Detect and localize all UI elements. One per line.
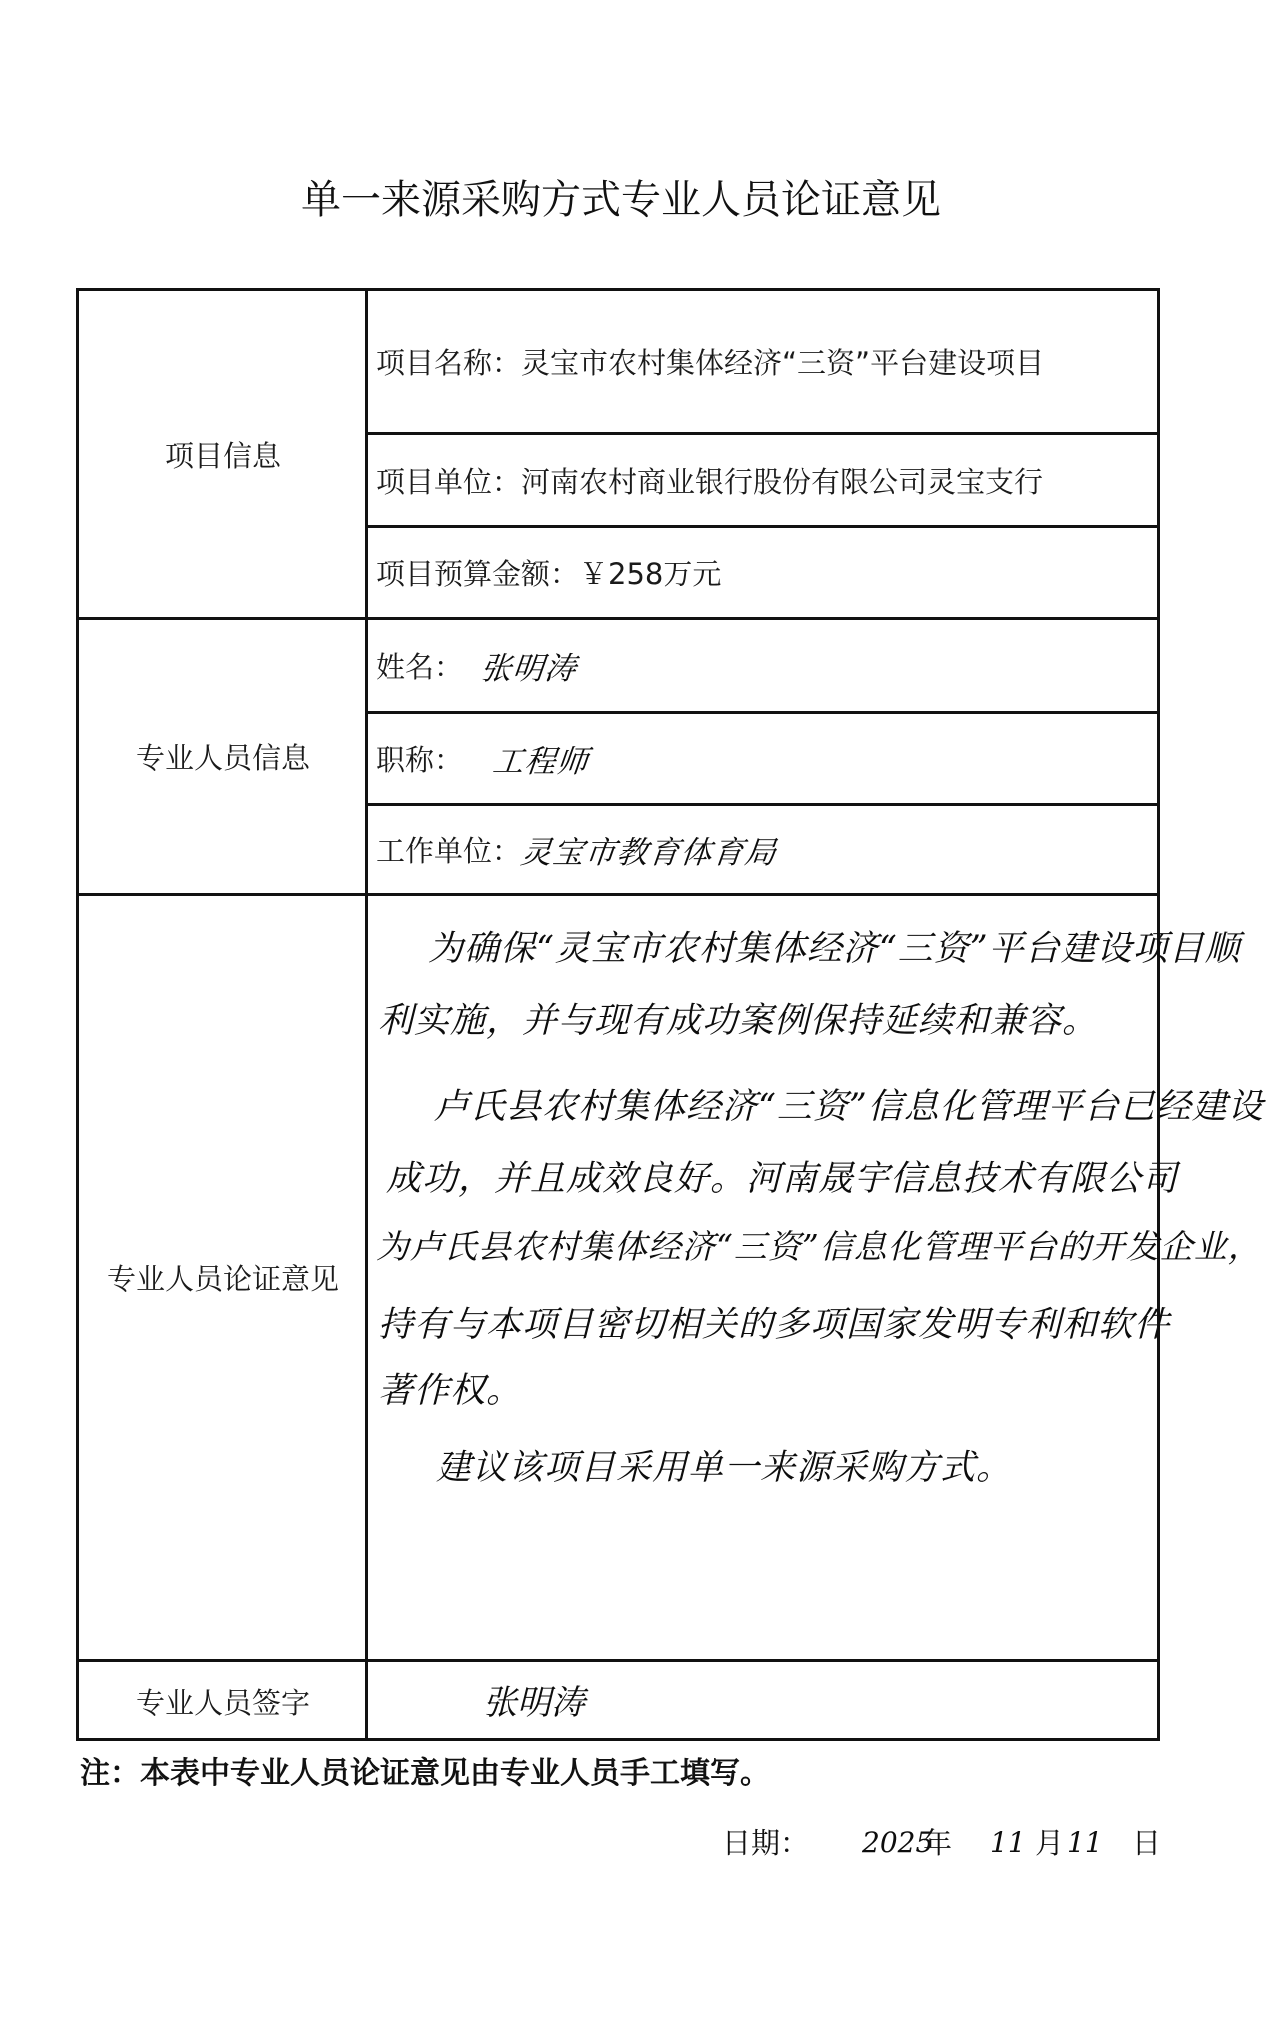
expert-title-handwritten: 工程师 xyxy=(491,736,592,781)
date-month-handwritten: 11 xyxy=(990,1824,1026,1862)
expert-info-label: 专业人员信息 xyxy=(79,620,367,893)
date-label: 日期： xyxy=(722,1824,809,1862)
project-unit-field: 项目单位： 河南农村商业银行股份有限公司灵宝支行 xyxy=(376,435,1149,525)
opinion-line: 为确保“灵宝市农村集体经济“三资”平台建设项目顺 xyxy=(428,921,1241,971)
opinion-line: 著作权。 xyxy=(378,1363,522,1413)
project-unit-label: 项目单位： xyxy=(376,460,521,501)
signature-handwritten: 张明涛 xyxy=(483,1675,585,1724)
date-day-handwritten: 11 xyxy=(1067,1824,1103,1862)
signature-label: 专业人员签字 xyxy=(79,1662,367,1741)
signature-label-text: 专业人员签字 xyxy=(136,1681,310,1722)
project-name-value: 灵宝市农村集体经济“三资”平台建设项目 xyxy=(521,341,1044,382)
expert-employer-handwritten: 灵宝市教育体育局 xyxy=(519,827,780,872)
opinion-label-text: 专业人员论证意见 xyxy=(107,1257,339,1298)
expert-name-field: 姓名： 张明涛 xyxy=(376,620,1149,711)
opinion-label: 专业人员论证意见 xyxy=(79,896,367,1659)
footnote: 注：本表中专业人员论证意见由专业人员手工填写。 xyxy=(80,1756,770,1792)
project-info-label-text: 项目信息 xyxy=(165,434,281,475)
expert-info-label-text: 专业人员信息 xyxy=(136,736,310,777)
opinion-line: 建议该项目采用单一来源采购方式。 xyxy=(436,1440,1012,1490)
project-budget-value: ￥258万元 xyxy=(579,552,721,593)
project-budget-field: 项目预算金额： ￥258万元 xyxy=(376,528,1149,617)
date-year-unit: 年 xyxy=(923,1824,952,1862)
project-info-label: 项目信息 xyxy=(79,291,367,617)
document-title: 单一来源采购方式专业人员论证意见 xyxy=(0,174,1242,226)
opinion-line: 卢氏县农村集体经济“三资”信息化管理平台已经建设 xyxy=(434,1079,1264,1129)
expert-name-label: 姓名： xyxy=(376,645,463,686)
form-table: 项目信息 项目名称： 灵宝市农村集体经济“三资”平台建设项目 项目单位： 河南农… xyxy=(76,288,1160,1741)
opinion-line: 为卢氏县农村集体经济“三资”信息化管理平台的开发企业， xyxy=(376,1221,1262,1268)
project-name-field: 项目名称： 灵宝市农村集体经济“三资”平台建设项目 xyxy=(376,291,1149,432)
project-name-label: 项目名称： xyxy=(376,341,521,382)
date-day-unit: 日 xyxy=(1132,1824,1161,1862)
expert-name-handwritten: 张明涛 xyxy=(479,643,580,688)
expert-employer-label: 工作单位： xyxy=(376,829,521,870)
expert-employer-field: 工作单位： 灵宝市教育体育局 xyxy=(376,806,1149,893)
expert-title-label: 职称： xyxy=(376,738,463,779)
date-month-unit: 月 xyxy=(1035,1824,1064,1862)
project-budget-label: 项目预算金额： xyxy=(376,552,579,593)
opinion-line: 持有与本项目密切相关的多项国家发明专利和软件 xyxy=(378,1297,1170,1347)
opinion-line: 利实施，并与现有成功案例保持延续和兼容。 xyxy=(378,993,1098,1043)
expert-title-field: 职称： 工程师 xyxy=(376,714,1149,803)
project-unit-value: 河南农村商业银行股份有限公司灵宝支行 xyxy=(521,460,1043,501)
opinion-line: 成功，并且成效良好。河南晟宇信息技术有限公司 xyxy=(386,1151,1178,1201)
